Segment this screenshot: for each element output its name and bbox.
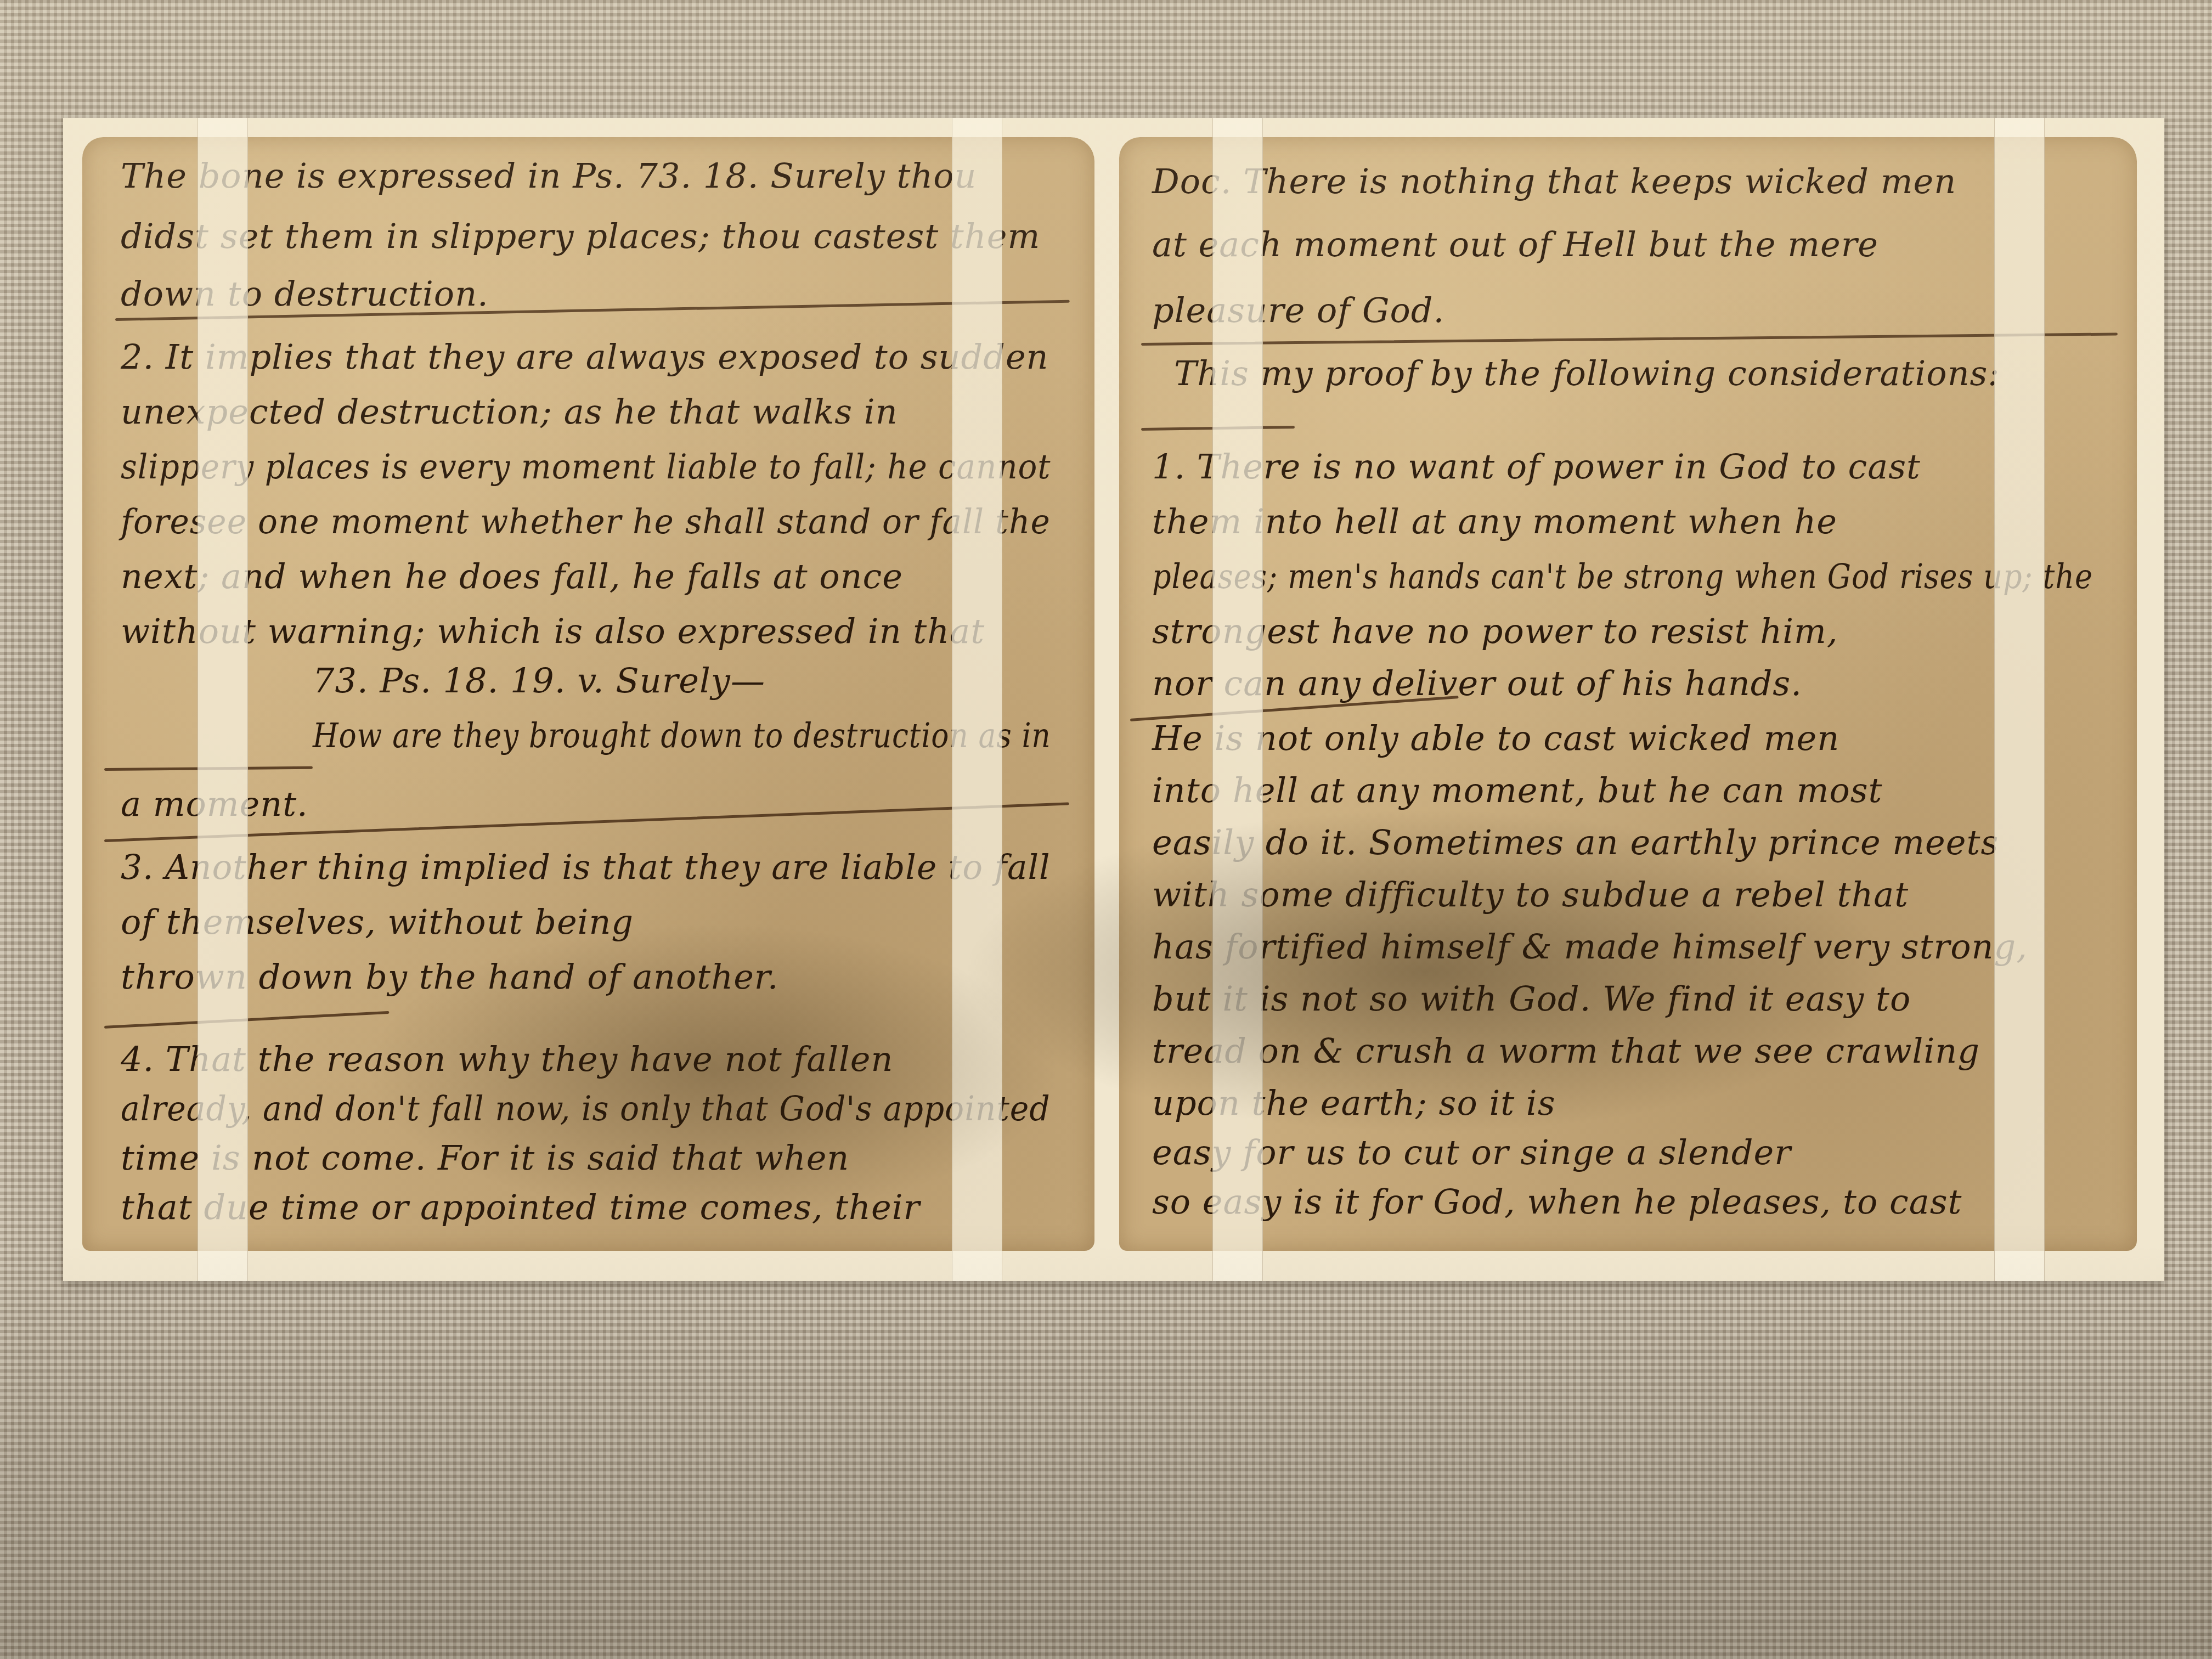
manuscript-line: 1. There is no want of power in God to c…	[1152, 450, 1921, 484]
manuscript-line: has fortified himself & made himself ver…	[1152, 930, 2028, 964]
manuscript-line: 3. Another thing implied is that they ar…	[121, 850, 1051, 884]
manuscript-line: foresee one moment whether he shall stan…	[121, 505, 1051, 539]
manuscript-line: but it is not so with God. We find it ea…	[1152, 982, 1911, 1016]
manuscript-line: down to destruction.	[121, 277, 489, 311]
manuscript-line: How are they brought down to destruction…	[313, 719, 1051, 753]
manuscript-line: without warning; which is also expressed…	[121, 614, 985, 648]
manuscript-page-right: Doc. There is nothing that keeps wicked …	[1119, 137, 2137, 1251]
manuscript-line: 73. Ps. 18. 19. v. Surely—	[313, 664, 765, 698]
right-page-text: Doc. There is nothing that keeps wicked …	[1119, 137, 2137, 1251]
manuscript-line: didst set them in slippery places; thou …	[121, 219, 1040, 253]
manuscript-line: already, and don't fall now, is only tha…	[121, 1092, 1051, 1126]
manuscript-line: pleasure of God.	[1152, 294, 1444, 328]
manuscript-line: The bone is expressed in Ps. 73. 18. Sur…	[121, 159, 977, 193]
manuscript-line: with some difficulty to subdue a rebel t…	[1152, 878, 1909, 912]
manuscript-line: easily do it. Sometimes an earthly princ…	[1152, 826, 1999, 860]
manuscript-line: pleases; men's hands can't be strong whe…	[1152, 560, 2093, 594]
manuscript-line: tread on & crush a worm that we see craw…	[1152, 1034, 1980, 1068]
archival-tape-strip	[1994, 118, 2045, 1281]
section-divider	[1141, 332, 2118, 346]
archival-tape-strip	[1212, 118, 1263, 1281]
archival-tape-strip	[198, 118, 248, 1281]
manuscript-line: Doc. There is nothing that keeps wicked …	[1152, 165, 1956, 199]
manuscript-line: slippery places is every moment liable t…	[121, 450, 1051, 484]
archival-tape-strip	[952, 118, 1002, 1281]
manuscript-line: This my proof by the following considera…	[1174, 357, 2000, 391]
manuscript-line: 2. It implies that they are always expos…	[121, 340, 1049, 374]
manuscript-line: so easy is it for God, when he pleases, …	[1152, 1185, 1962, 1219]
